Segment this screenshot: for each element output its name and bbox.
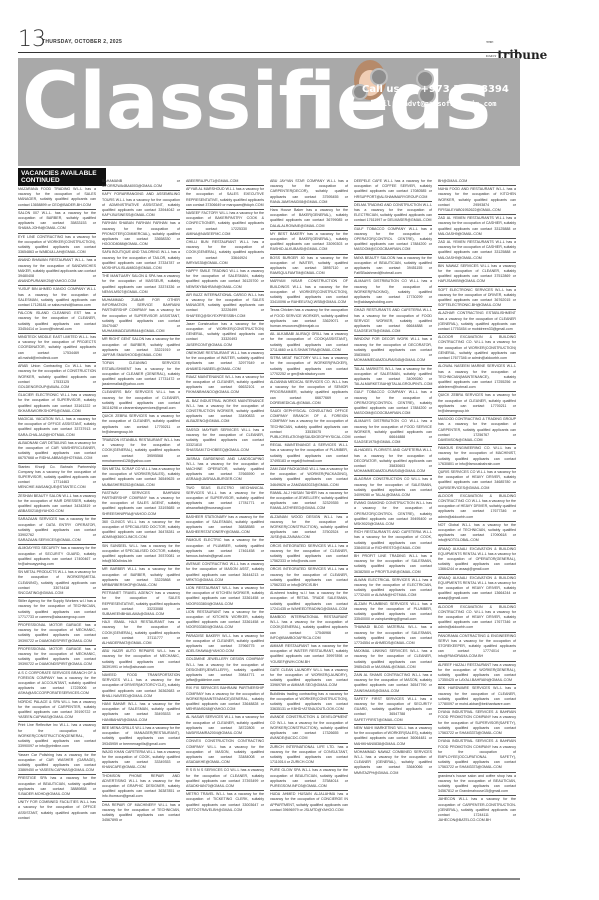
classified-ad: AIR BUZZ INTERNATIONAL CARGO W.L.L has a… <box>186 292 264 321</box>
classified-ad: ARAB Union Contracting Co W.L.L has a va… <box>18 363 96 392</box>
classified-ad: QUICK ZEBRA SERVICES has a vacancy for t… <box>102 413 180 437</box>
classified-ad: SITRA MEAT FACTORY W.L.L has a vacancy f… <box>270 355 348 379</box>
classified-ad: ALDANNA MEDICAL SERVICES CO. W.L.L has a… <box>270 379 348 408</box>
classified-ad: TRABZON ISTANBUL RESTAURANT W.L.L has a … <box>102 437 180 466</box>
classified-ad: FALCON ISLAND CLEANING EST has a vacancy… <box>18 310 96 334</box>
classified-ad: SAFETY FIRST SERVICES W.L.L has a vacanc… <box>354 696 432 725</box>
classified-ad: GOLDMINE JEWELLERY DESIGN COMPANY W.L.L … <box>186 656 264 685</box>
classified-ad: PROFESSIONAL MOTOR GARAGE has a vacancy … <box>18 646 96 670</box>
column-1: MAZARANA FOOD TRADING W.L.L has a vacanc… <box>18 186 96 822</box>
classified-ad: BASHEER STATIONARY has a vacancy for the… <box>186 514 264 538</box>
classified-ad: HAPPY SMILE TRADING W.L.L has a vacancy … <box>186 268 264 292</box>
classified-ad: ALMOAYYED SECURITY has a vacancy for the… <box>18 545 96 569</box>
classified-ad: Stiller Agency for the Supply Workers w.… <box>18 598 96 622</box>
classified-ad: CLEANERS BAY SERVICES W.L.L has a vacanc… <box>102 389 180 413</box>
classified-ad: BEE MENA GRILLS W.L.L has a vacancy for … <box>102 725 180 749</box>
classified-ad: METRO TRAVEL W.L.L has a vacancy for the… <box>186 791 264 814</box>
classified-ad: Yasser Car Polishing has a vacancy for t… <box>18 752 96 776</box>
classified-ad: DYANA INDUSTRIAL SERVICES & BAHRAIN FOOD… <box>438 738 516 772</box>
classified-ad: grandma's house salon and coffee shop ha… <box>438 773 516 797</box>
classified-ad: ZAD AL YEMEN RESTAURANTS W.L.L has a vac… <box>438 215 516 239</box>
classified-ad: GHAZI RESTURANTS AND CAFETERIA W.L.L has… <box>354 307 432 336</box>
classified-ad: PANORAMA CONTRACTING & ENGINEERING SERVI… <box>438 633 516 662</box>
classified-ad: ARAAQ ALKAALI EXCAVATION & BUILDING EQUI… <box>438 575 516 604</box>
classified-ad: NEW MAHI MARKETING W.L.L has a vacancy f… <box>354 725 432 749</box>
classified-ad: EYE LINE CONTRACTING has a vacancy for t… <box>18 234 96 258</box>
classified-ad: SIN SUNSEEL W.L.L has a vacancy for the … <box>102 543 180 567</box>
classified-ad: WAJID KHAN CAFETERIA W.L.L has a vacancy… <box>102 749 180 773</box>
classified-ad: ALBADNANI CAR DETAILING has a vacancy fo… <box>18 440 96 464</box>
classified-ad: 360 CLINICS W.L.L has a vacancy for the … <box>102 519 180 543</box>
classified-ad: RIAAZ MAINTENANCE W.L.L has a vacancy fo… <box>186 374 264 398</box>
classified-ad: SALON 007 W.L.L. has a vacancy for the o… <box>18 210 96 234</box>
classified-ad: ONEHOME RESTAURANT W.L.L has a vacancy f… <box>186 350 264 374</box>
classified-ad: MAYA BEAUTY SALOON has a vacancy for the… <box>354 255 432 279</box>
classified-ad: BH@GMAIL.COM <box>438 178 516 186</box>
classified-ad: ALOWAL NASEEM MARINE SERVICES W.L.L has … <box>438 363 516 392</box>
classified-ad: MAZARANA FOOD TRADING W.L.L has a vacanc… <box>18 186 96 210</box>
classified-ad: SAUDI GEPHYSICAL CONSULTING OFFICE COMPA… <box>270 408 348 442</box>
classified-ad: PRESTIGE SPA has a vacancy for the occup… <box>18 775 96 799</box>
classified-ad: Texas Chicken has a vacancy for the occu… <box>270 307 348 331</box>
logo-prefix: THE DAILY <box>486 40 496 58</box>
classified-ad: MOHAMMAD NAWAZ COMBINED SERVICES W.L.L h… <box>354 749 432 777</box>
classified-ad: Print Line Reflective Inc W.L.L. has a v… <box>18 722 96 751</box>
classified-ad: BIN NAWAZ SERVICES W.L.L has a vacancy f… <box>438 263 516 287</box>
classified-ad: MARYAM NISAR CONSTRUCTION OF BUILDINGS W… <box>270 278 348 307</box>
classified-ad: PETRANET TRAVEL AGENCY has a vacancy for… <box>102 590 180 619</box>
classified-ad: LION RESTAURANT W.L.L has a vacancy for … <box>186 585 264 609</box>
classified-ad: PURE GLOW SPA W.L.L has a vacancy for th… <box>270 767 348 791</box>
classified-ad: BH PROFIT LINE TRADING W.L.L has a vacan… <box>354 553 432 577</box>
classified-ad: ALAZHAR CONTRACTING ESTABLISHMENT has a … <box>438 310 516 334</box>
classified-ad: DEEPELE CAFE W.L.L has a vacancy for the… <box>354 178 432 202</box>
classified-ad: THAWADI BLDG MATERIAL W.L.L has a vacanc… <box>354 624 432 648</box>
classified-ad: BAHAMANB or MFORRZWA4BA6003@GMAIL.COM <box>102 178 180 191</box>
classified-ad: NORDIC PALACE & SPA W.L.L has a vacancy … <box>18 699 96 723</box>
classified-ad: EVANG DIAMOND CONSTRUCTION W.L.L has a v… <box>354 500 432 529</box>
publication-date: THURSDAY, OCTOBER 2, 2025 <box>42 39 122 45</box>
page-header: 13 THURSDAY, OCTOBER 2, 2025 <box>18 28 273 54</box>
classified-ad: FAMOUS ELECTRIC has a vacancy for the oc… <box>186 537 264 561</box>
classified-ad: ARAAQ ALKAALI EXCAVATION & BUILDING EQUI… <box>438 546 516 575</box>
classified-ad: HUDA AHMED HUSAIN ALJALAHMA has a vacanc… <box>270 791 348 814</box>
classified-ad: ZAD AL YEMEN RESTAURANTS W.L.L has a vac… <box>438 239 516 263</box>
classified-ad: TWO SEAS ELECTRO MECHANICAL SERVICES W.L… <box>186 485 264 514</box>
classified-ad: NOT Global W.L.L has a vacancy for the o… <box>438 522 516 546</box>
classified-ad: ZAIN AL SHAMS CONTRACTING W.L.L has a va… <box>354 672 432 696</box>
classified-ad: REGAL MAINTENANCE & SERVICES W.L.L has a… <box>270 442 348 466</box>
classified-ad: ABU JAYYAN STAR COMPANY W.L.L has a vaca… <box>270 178 348 207</box>
classified-ad: PROFESSIONAL MOTOR GARAGE has a vacancy … <box>18 622 96 646</box>
classified-ad: THE MANTUARY SALON & SPA has a vacancy f… <box>102 273 180 297</box>
classified-ad: FAMOUS ENGINEERING CO. W.L.L has a vacan… <box>438 445 516 469</box>
classified-ad: Stantec Khonji Co. Bahrain Partnership C… <box>18 464 96 493</box>
classified-ad: ANAND BHAWAN RESTAURANT W.L.L. has a vac… <box>18 257 96 286</box>
classified-ad: AFYAB AL MARSHOUD W.L.L has a vacancy fo… <box>186 186 264 210</box>
classified-ad: WINDOW FOR DECOR WORK W.L.L has a vacanc… <box>354 336 432 365</box>
classified-ad: MY BEST BAKERY has a vacancy for the occ… <box>270 231 348 255</box>
classified-ad: HAJI ISMAIL HAJI RESTAURANT has a vacanc… <box>102 619 180 648</box>
classified-ad: NAVEED FOOD TRANSPORTATION SERVICES W.L.… <box>102 672 180 701</box>
classified-ad: ALDOOR EXCAVATION & BUILDING CONTRACTING… <box>438 604 516 633</box>
classified-ad: ALREEF HAZALI RESTAURANT has a vacancy f… <box>438 662 516 686</box>
classified-ad: RICH RESTAURANTS AND CAFETERIA W.L.L has… <box>354 529 432 553</box>
classified-ad: ORCIS INTEGRATED SERVICES W.L.L has a va… <box>270 543 348 567</box>
classified-ad: ALMAAYS DISTRIBUTION CO W.L.L has a vaca… <box>354 278 432 307</box>
classifieds-banner: Classifieds Call us on +973 36458394 ema… <box>18 58 520 166</box>
classified-ad: ALAGRAH CONSTRUCTION CO W.L.L has a vaca… <box>354 476 432 500</box>
advert-phone: Call us on +973 36458394 <box>362 84 509 95</box>
classified-ad: DHA REPAIR OF MACHINERY W.L.L has a vaca… <box>102 802 180 825</box>
classified-ad: FARHAN SHABAN FARHAN FARHAN has a vacanc… <box>102 220 180 249</box>
bottom-divider <box>18 878 520 880</box>
classified-ad: YUSUF BIN AHMED KANOO COMPANY W.L.L has … <box>18 286 96 310</box>
classified-ad: ALMAAYS DISTRIBUTION CO W.L.L has a vaca… <box>354 418 432 447</box>
classified-ad: Jaser Construction has a vacancy for the… <box>186 321 264 350</box>
classified-ad: Buildlinks trading contracting has a vac… <box>270 691 348 715</box>
classified-ad: BAMBOO INTERNATIONAL RESTAURANT W.L.L ha… <box>270 614 348 643</box>
classified-ad: AL NASAR SERVICES W.L.L has a vacancy fo… <box>186 714 264 738</box>
classified-ad: ZAM ZAM PACKAGING W.L.L has a vacancy fo… <box>270 466 348 490</box>
classified-ad: GATE CLEAN LAUNDRY W.L.L has a vacancy f… <box>270 667 348 691</box>
classified-ad: ABU NAZIR AUTO REPAIRS W.L.L has a vacan… <box>102 648 180 672</box>
classified-ad: MUHAMMAD ZUBAIR FOR OTHER INFORMATION SE… <box>102 297 180 336</box>
classified-ad: R S B N S SERVICES CO W.L.L has a vacanc… <box>186 767 264 791</box>
classified-ad: MINDTECK MIDDLE EAST LIMITED W.L.L. has … <box>18 334 96 363</box>
classified-ad: Al-wheed trading w.l.l has a vacancy for… <box>270 590 348 614</box>
header-divider <box>18 52 520 53</box>
classified-ad: ALWAN ELECTRICAL SERVICES W.L.L has a va… <box>354 577 432 601</box>
classified-ad: ALZAINAN WOOD DESIGN W.L.L has a vacancy… <box>270 514 348 543</box>
classified-ad: ALDOOR EXCAVATION & BUILDING CONTRACTING… <box>438 334 516 363</box>
classified-ad: NUHA FOOD AND RESTAURANT W.L.L has a vac… <box>438 186 516 215</box>
classified-ad: MR RIGHT GENT SALON has a vacancy for th… <box>102 336 180 360</box>
classified-ad: SARAZAAN SERVICES has a vacancy for the … <box>18 516 96 545</box>
column-6: BH@GMAIL.COMNUHA FOOD AND RESTAURANT W.L… <box>438 178 516 824</box>
classified-ad: JAHECON W.L.L has a vacancy for the occu… <box>438 796 516 824</box>
classified-ad: CHILLI BUN RESTAURANT W.L.L has a vacanc… <box>186 239 264 268</box>
classified-ad: SIN METAL SCRAP CO W.L.L has a vacancy f… <box>102 466 180 490</box>
classified-ad: SAFA BOUTIQUE AND TAILORING W.L.L has a … <box>102 249 180 273</box>
classified-ad: QUICK ZEBRA SERVICES has a vacancy for t… <box>438 392 516 416</box>
classified-ad: DYANA INDUSTRIAL SERVICES & BAHRAIN FOOD… <box>438 709 516 738</box>
classified-ad: A S C CORPORATE SERVICES BRANCH OF A FOR… <box>18 670 96 699</box>
classified-ad: MASOOD CONTRACTING & TRADING GROUP has a… <box>438 416 516 445</box>
classified-ad: RAMAL ALJ HASAN TAHER has a vacancy for … <box>270 490 348 514</box>
classified-ad: ORCIS INTEGRATED SERVICES W.L.L has a va… <box>270 566 348 590</box>
classified-ad: GULF TOBACCO COMPANY W.L.L has a vacancy… <box>354 226 432 255</box>
classified-ad: ALZAIN PLUMBING SERVICES W.L.L has a vac… <box>354 601 432 625</box>
classified-ad: AVENUE CONTRACTING W.L.L has a vacancy f… <box>186 561 264 585</box>
column-2: BAHAMANB or MFORRZWA4BA6003@GMAIL.COMKAF… <box>102 178 180 824</box>
classified-ad: MR BARBER W.L.L has a vacancy for the oc… <box>102 566 180 590</box>
classified-ad: TOFAN CLEANING SERVICES ESTABLISHMENT ha… <box>102 360 180 389</box>
classified-ad: BEK HARDWARE SERVICES W.L.L has a vacanc… <box>438 685 516 709</box>
classified-ad: AVANDE CONSTRUCTION & DEVELOPMENT CO W.L… <box>270 714 348 743</box>
classified-ad: QURIS SERVICES CO W.L.L has a vacancy fo… <box>438 469 516 493</box>
classified-ad: ALHADEEL FLORISTS AND CAFETERIA W.L.L ha… <box>354 447 432 476</box>
classified-ad: Hara House Baker has a vacancy for the o… <box>270 207 348 231</box>
classified-columns: MAZARANA FOOD TRADING W.L.L has a vacanc… <box>18 178 522 880</box>
classified-ad: RIX FIX SERVICES BAHRAINI PARTNERSHIP CO… <box>186 685 264 714</box>
column-4: ABU JAYYAN STAR COMPANY W.L.L has a vaca… <box>270 178 348 814</box>
classified-ad: PARADISE BAKERY W.L.L has a vacancy for … <box>186 633 264 657</box>
classified-ad: MAGICAL VACATION W.L.L has a vacancy for… <box>18 416 96 440</box>
column-5: DEEPELE CAFE W.L.L has a vacancy for the… <box>354 178 432 777</box>
classified-ad: FASTWAY SERVICES BAHRAINI PARTNERSHIP CO… <box>102 490 180 519</box>
classified-ad: CONVEX CONSTRUCTION CONTRACTING COMPANY … <box>186 738 264 767</box>
classified-ad: AMMAR RESTAURANT has a vacancy for the o… <box>270 643 348 667</box>
classified-ad: SOFT ELECTRONIC SERVICES W.L.L has a vac… <box>438 287 516 311</box>
classified-ad: KAFY FORARRANGING AND ASSEMBLING TOURS W… <box>102 191 180 220</box>
classified-ad: UNITY FOR COMBINED FACILITIES W.L.L has … <box>18 799 96 822</box>
classified-ad: BOSS BURGER 40 has a vacancy for the occ… <box>270 255 348 279</box>
classified-ad: GULF TOBACCO COMPANY W.L.L has a vacancy… <box>354 389 432 418</box>
classified-ad: ZESHAN BEAUTY SALON W.L.L has a vacancy … <box>18 493 96 517</box>
advert-email: email : advt@newsofbahrain.com <box>370 100 496 108</box>
column-3: ABEERRAJPUT1@GMAIL.COMAFYAB AL MARSHOUD … <box>186 178 264 814</box>
classified-ad: LION RESTAURANT has a vacancy for the oc… <box>186 609 264 633</box>
classified-ad: SN METAL PRODUCTS W.L.L has a vacancy fo… <box>18 569 96 598</box>
classified-ad: JASRAA GARDENING AND LANDSCAPING W.L.L h… <box>186 456 264 485</box>
classified-ad: ZURICH INTERNATIONAL LIFE LTD. has a vac… <box>270 744 348 768</box>
classified-ad: NASEEF FACTORY W.L.L has a vacancy for t… <box>186 210 264 239</box>
classified-ad: THOMSON PHONE REPAIR AND ADVERTISING W.L… <box>102 773 180 802</box>
classified-ad: ALDOOR EXCAVATION & BUILDING CONTRACTING… <box>438 493 516 522</box>
classified-ad: AIL ALKABABI ALIRAQI GRILL has a vacancy… <box>270 331 348 355</box>
classified-ad: SASSOI MAYFAIR SERVICES W.L.L has a vaca… <box>186 427 264 456</box>
classified-ad: ABEERRAJPUT1@GMAIL.COM <box>186 178 264 186</box>
classified-ad: GLACIER ELECTRONIC W.L.L has a vacancy f… <box>18 392 96 416</box>
classified-ad: MAXIMAL LINKING SERVICES W.L.L has a vac… <box>354 648 432 672</box>
classified-ad: TALAL MARKETS W.L.L has a vacancy for th… <box>354 366 432 390</box>
classified-ad: AL BAZ INDUSTRIAL WORKS MAINTENANCE W.L.… <box>186 398 264 427</box>
classified-ad: DELMA TRADING AND CONSTRUCTION W.L.L has… <box>354 202 432 226</box>
classified-ad: HANI BAHAR W.L.L has a vacancy for the o… <box>102 701 180 725</box>
